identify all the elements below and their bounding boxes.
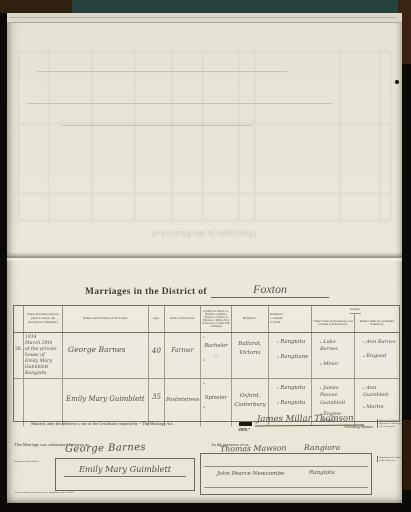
- groom-father-rank: Miner: [323, 361, 338, 367]
- cell-name: Emily Mary Guimblett: [63, 379, 149, 426]
- witness-signature-box: John Pearce Newcombe Rangiotu: [200, 453, 372, 495]
- bride-condition: Spinster: [202, 395, 230, 401]
- page-fold: [7, 252, 402, 262]
- marker-2: 2.: [277, 401, 279, 405]
- header-no: [14, 306, 24, 332]
- header-mother: Mother's Name (1), and Maiden Surname (2…: [355, 314, 399, 332]
- entry-number: 39.: [15, 346, 22, 352]
- scanned-marriage-register-photo: Marriages in the District of Marriages i…: [0, 0, 411, 512]
- witness-2-signature: John Pearce Newcombe: [217, 471, 284, 477]
- witness-box-rule: [204, 466, 368, 467]
- page-stack-edge: [7, 13, 402, 23]
- page-hole-dot: [395, 80, 399, 84]
- bride-birthplace: Oxford,: [233, 392, 267, 401]
- groom-residence-usual: Rangitane: [280, 354, 308, 360]
- book-binding-edge-right: [403, 420, 411, 490]
- table-header-row: When and where married. (State Locality,…: [14, 306, 399, 333]
- bride-birthplace: Canterbury: [233, 401, 267, 410]
- witness-1-address: Rangiora: [304, 443, 340, 452]
- table-row: 39. 1914 March 29th at the private house…: [14, 333, 399, 379]
- district-handwritten: Foxton: [211, 282, 329, 298]
- cell-no: 39.: [14, 333, 24, 378]
- when-where-line: Rangiotu: [25, 371, 61, 377]
- form-title: Marriages in the District of Foxton: [85, 281, 329, 299]
- marker-2: 2.: [363, 405, 365, 409]
- register-table: When and where married. (State Locality,…: [13, 305, 400, 422]
- bride-mother-maiden: Martin: [366, 404, 383, 410]
- marker-1: 1.: [320, 386, 322, 390]
- ghost-title: Marriages in the District of: [18, 229, 391, 239]
- header-birthplace: Birthplace.: [232, 306, 269, 332]
- form-title-printed: Marriages in the District of: [85, 287, 207, 297]
- marker-2: 2.: [363, 354, 365, 358]
- groom-birthplace: Ballarat,: [233, 340, 267, 349]
- parties-side-note: Signatures of the Parties.: [13, 460, 51, 463]
- cell-when-where: [24, 379, 63, 426]
- witness-2-address: Rangiotu: [309, 470, 335, 476]
- witnesses-side-note: Signatures and Addresses of the Witnesse…: [377, 456, 405, 462]
- marker-2: 2.: [320, 362, 322, 366]
- marker-1: 1.: [277, 386, 279, 390]
- cell-when-where: 1914 March 29th at the private house of …: [24, 333, 63, 378]
- groom-age: 40: [150, 347, 163, 355]
- header-names: Names and Surnames of the Parties.: [63, 306, 149, 332]
- marker-2: 2.: [203, 405, 205, 409]
- bride-residence-present: Rangiotu: [280, 385, 305, 391]
- party-signature-groom: George Barnes: [65, 442, 146, 455]
- header-rank: Rank or Profession.: [165, 306, 201, 332]
- marker-1: 1.: [203, 335, 205, 339]
- party-signature-box: Emily Mary Guimblett: [55, 458, 195, 491]
- page-edge-line: [9, 17, 396, 18]
- backdrop-cloth-strip: [58, 0, 398, 14]
- groom-condition: Bachelor: [202, 343, 230, 349]
- header-residence: Residence. 1. Present. 2. Usual.: [269, 306, 312, 332]
- marker-1: 1.: [363, 340, 365, 344]
- cell-residence: 1.Rangiotu 2.Rangitane: [269, 333, 312, 378]
- groom-residence-present: Rangiotu: [280, 339, 305, 345]
- cell-rank: Postmistress: [165, 379, 201, 426]
- bride-rank: Postmistress: [166, 397, 199, 403]
- witness-box-rule: [204, 487, 368, 488]
- header-father: Father's Name and Surname (1), and his R…: [312, 314, 355, 332]
- bride-father: James Pascoe Guimblett: [320, 385, 345, 406]
- groom-birthplace: Victoria: [233, 349, 267, 358]
- cell-mother: 1.Ann Barnes 2.Elsgood: [355, 333, 399, 378]
- marker-2: 2.: [277, 355, 279, 359]
- cell-birthplace: Ballarat, Victoria: [232, 333, 269, 378]
- header-condition: Condition of Parties, i.e., Bachelor or …: [201, 306, 232, 332]
- cell-no: [14, 379, 24, 426]
- marker-2: 2.: [203, 358, 205, 362]
- groom-mother: Ann Barnes: [366, 339, 395, 345]
- ghost-table-grid: [18, 51, 391, 221]
- cell-condition: 1. Spinster 2.: [201, 379, 232, 426]
- redaction-blob: [239, 422, 252, 426]
- bleed-through-ghost-table: Marriages in the District of: [18, 47, 391, 249]
- bride-residence-usual: Rangiotu: [280, 400, 305, 406]
- header-residence-usual: 2. Usual.: [270, 321, 281, 325]
- bride-name: Emily Mary Guimblett: [64, 395, 147, 403]
- cell-age: 40: [149, 333, 165, 378]
- bride-age: 35: [150, 393, 163, 401]
- cell-rank: Farmer: [165, 333, 201, 378]
- header-parents: Parents.: [350, 306, 360, 314]
- groom-father: Luke Barnes: [320, 339, 338, 352]
- party-signature-bride: Emily Mary Guimblett: [64, 464, 186, 477]
- header-when-where: When and where married. (State Locality,…: [24, 306, 63, 332]
- cell-name: George Barnes: [63, 333, 149, 378]
- foot-note: If more than two Witnesses, their Signat…: [14, 491, 95, 494]
- officiating-minister-label: Officiating Minister.: [344, 425, 373, 429]
- minister-side-note: Officiating Minister, or Registrar of Ma…: [377, 419, 405, 428]
- marker-1: 1.: [203, 381, 205, 385]
- book-binding-edge-top-left: [0, 0, 72, 13]
- groom-rank: Farmer: [166, 347, 199, 354]
- header-ages: Ages.: [149, 306, 165, 332]
- header-parents-group: Parents. Father's Name and Surname (1), …: [312, 306, 399, 332]
- act-year: 1908.”: [238, 427, 250, 432]
- condition-dash: —: [202, 355, 230, 360]
- groom-name: George Barnes: [64, 345, 147, 354]
- register-page: Marriages in the District of Marriages i…: [7, 13, 402, 503]
- marker-1: 1.: [320, 340, 322, 344]
- bride-mother: Ann Guimblett: [363, 385, 388, 398]
- groom-mother-maiden: Elsgood: [366, 353, 386, 359]
- certification-printed: Married, after the delivery to me of the…: [31, 421, 174, 426]
- marker-1: 1.: [363, 386, 365, 390]
- cell-father: 1.Luke Barnes 2.Miner: [312, 333, 355, 378]
- cell-age: 35: [149, 379, 165, 426]
- cell-condition: 1. Bachelor 2. —: [201, 333, 232, 378]
- marker-1: 1.: [277, 340, 279, 344]
